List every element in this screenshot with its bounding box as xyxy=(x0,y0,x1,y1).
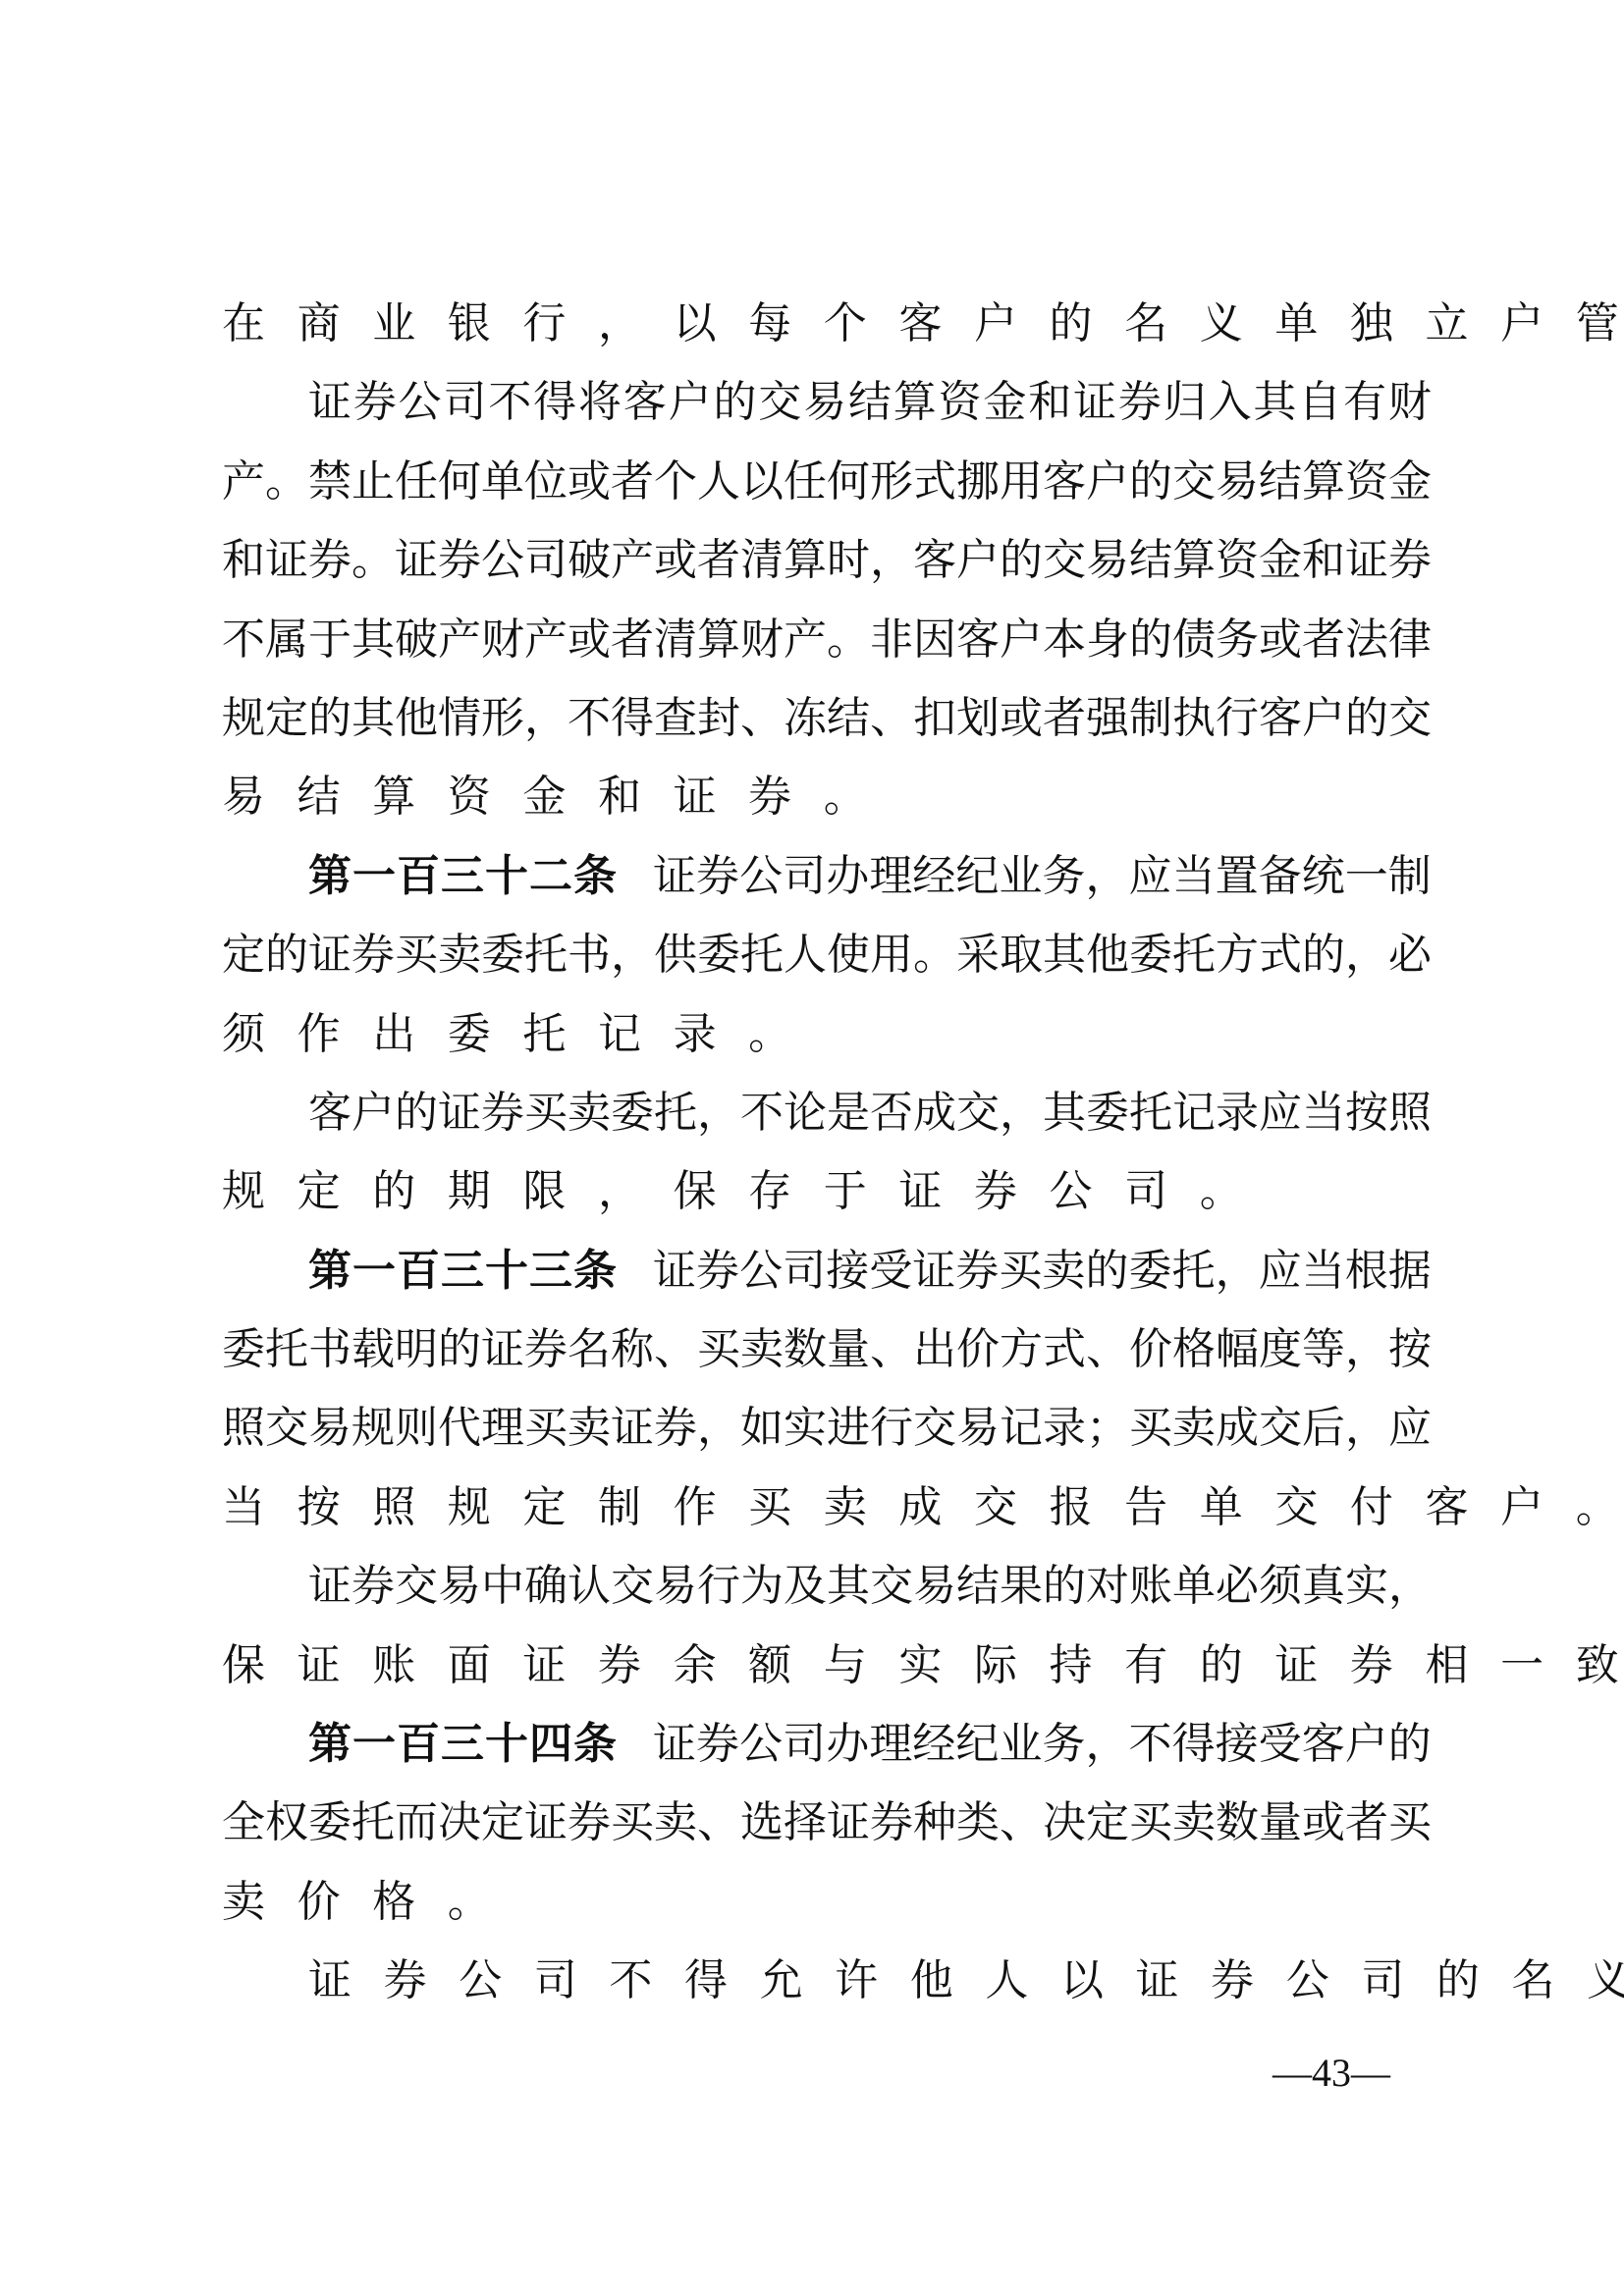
text-line: 委托书载明的证券名称、买卖数量、出价方式、价格幅度等，按 xyxy=(222,1310,1432,1389)
text-line: 定的证券买卖委托书，供委托人使用。采取其他委托方式的，必 xyxy=(222,916,1432,994)
article-text: 证券公司办理经纪业务，应当置备统一制 xyxy=(653,837,1432,916)
text-line: 不属于其破产财产或者清算财产。非因客户本身的债务或者法律 xyxy=(222,601,1432,679)
article-label: 第一百三十二条 xyxy=(308,837,618,916)
paragraph: 证券公司不得允许他人以证券公司的名义直接参与证券的 xyxy=(222,1942,1432,2020)
article-paragraph: 第一百三十三条证券公司接受证券买卖的委托，应当根据委托书载明的证券名称、买卖数量… xyxy=(222,1232,1432,1548)
document-page: 在商业银行，以每个客户的名义单独立户管理。证券公司不得将客户的交易结算资金和证券… xyxy=(0,0,1624,2296)
text-line: 和证券。证券公司破产或者清算时，客户的交易结算资金和证券 xyxy=(222,521,1432,600)
article-paragraph: 第一百三十四条证券公司办理经纪业务，不得接受客户的全权委托而决定证券买卖、选择证… xyxy=(222,1705,1432,1942)
text-line: 易结算资金和证券。 xyxy=(222,758,1432,836)
text-line: 证券公司不得允许他人以证券公司的名义直接参与证券的 xyxy=(222,1942,1432,2020)
article-label: 第一百三十三条 xyxy=(308,1232,618,1310)
article-label: 第一百三十四条 xyxy=(308,1705,618,1784)
text-line: 产。禁止任何单位或者个人以任何形式挪用客户的交易结算资金 xyxy=(222,443,1432,521)
text-line: 全权委托而决定证券买卖、选择证券种类、决定买卖数量或者买 xyxy=(222,1784,1432,1862)
paragraph: 在商业银行，以每个客户的名义单独立户管理。 xyxy=(222,285,1432,363)
paragraph: 证券公司不得将客户的交易结算资金和证券归入其自有财产。禁止任何单位或者个人以任何… xyxy=(222,363,1432,836)
text-line: 照交易规则代理买卖证券，如实进行交易记录；买卖成交后，应 xyxy=(222,1389,1432,1468)
text-line: 规定的其他情形，不得查封、冻结、扣划或者强制执行客户的交 xyxy=(222,679,1432,758)
text-line: 证券交易中确认交易行为及其交易结果的对账单必须真实， xyxy=(222,1547,1432,1626)
article-paragraph: 第一百三十二条证券公司办理经纪业务，应当置备统一制定的证券买卖委托书，供委托人使… xyxy=(222,837,1432,1074)
page-number: —43— xyxy=(1272,2044,1390,2103)
text-line: 第一百三十三条证券公司接受证券买卖的委托，应当根据 xyxy=(222,1232,1432,1310)
text-line: 卖价格。 xyxy=(222,1863,1432,1942)
document-body: 在商业银行，以每个客户的名义单独立户管理。证券公司不得将客户的交易结算资金和证券… xyxy=(222,285,1432,2021)
text-line: 当按照规定制作买卖成交报告单交付客户。 xyxy=(222,1468,1432,1547)
text-line: 证券公司不得将客户的交易结算资金和证券归入其自有财 xyxy=(222,363,1432,442)
paragraph: 证券交易中确认交易行为及其交易结果的对账单必须真实，保证账面证券余额与实际持有的… xyxy=(222,1547,1432,1705)
article-text: 证券公司办理经纪业务，不得接受客户的 xyxy=(653,1705,1432,1784)
text-line: 须作出委托记录。 xyxy=(222,995,1432,1074)
text-line: 在商业银行，以每个客户的名义单独立户管理。 xyxy=(222,285,1432,363)
article-text: 证券公司接受证券买卖的委托，应当根据 xyxy=(653,1232,1432,1310)
text-line: 规定的期限，保存于证券公司。 xyxy=(222,1152,1432,1231)
text-line: 第一百三十四条证券公司办理经纪业务，不得接受客户的 xyxy=(222,1705,1432,1784)
text-line: 第一百三十二条证券公司办理经纪业务，应当置备统一制 xyxy=(222,837,1432,916)
paragraph: 客户的证券买卖委托，不论是否成交，其委托记录应当按照规定的期限，保存于证券公司。 xyxy=(222,1074,1432,1232)
text-line: 客户的证券买卖委托，不论是否成交，其委托记录应当按照 xyxy=(222,1074,1432,1152)
text-line: 保证账面证券余额与实际持有的证券相一致。 xyxy=(222,1627,1432,1705)
